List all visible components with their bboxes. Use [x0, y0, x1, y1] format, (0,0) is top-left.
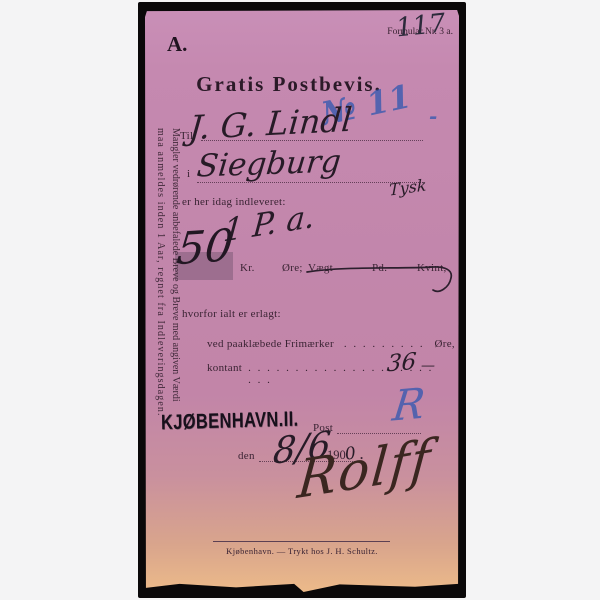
stamps-label: ved paaklæbede Frimærker [207, 338, 334, 350]
margin-note-line1: Mangler vedrørende anbefalede Breve og B… [168, 128, 183, 488]
handwritten-archive-number: 117 [395, 8, 448, 43]
handwritten-stray-mark: - [429, 104, 437, 128]
in-label: i [187, 168, 190, 180]
handwritten-cash-dash: — [421, 358, 435, 374]
paid-label: hvorfor ialt er erlagt: [182, 308, 281, 320]
stamps-unit: Øre, [435, 338, 455, 350]
unit-kr: Kr. [240, 262, 255, 274]
handwritten-blue-initial: R [390, 378, 428, 430]
handwritten-recipient-country: Tysk [389, 175, 426, 199]
stamps-line: ved paaklæbede Frimærker . . . . . . . .… [207, 338, 455, 350]
unit-ore: Øre; [282, 262, 303, 274]
margin-note: Mangler vedrørende anbefalede Breve og B… [153, 128, 183, 488]
margin-note-line2: maa anmeldes inden 1 Aar, regnet fra Ind… [153, 128, 168, 488]
corner-letter: A. [167, 32, 187, 57]
imprint-rule [213, 541, 390, 542]
handwritten-cash-amount: 36 [386, 349, 417, 378]
postal-receipt-paper: A. Formular Nr. 3 a. Gratis Postbevis. T… [145, 10, 459, 592]
form-title: Gratis Postbevis. [145, 72, 459, 97]
date-label: den [238, 450, 255, 462]
handwritten-amount-kr: 50 [174, 220, 235, 275]
photo-backdrop: A. Formular Nr. 3 a. Gratis Postbevis. T… [138, 2, 466, 598]
cash-label: kontant [207, 362, 242, 374]
handwritten-recipient-place: Siegburg [195, 143, 343, 184]
strikethrough-mark [305, 256, 465, 304]
printer-imprint: Kjøbenhavn. — Trykt hos J. H. Schultz. [145, 546, 459, 556]
